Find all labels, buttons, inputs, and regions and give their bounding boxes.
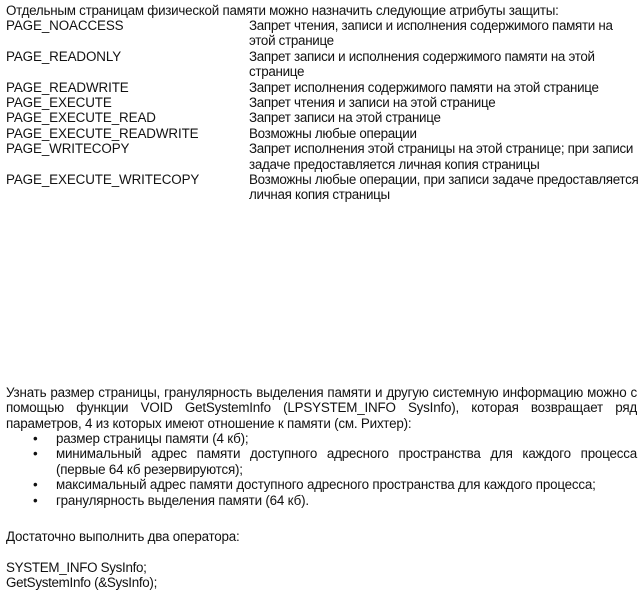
attribute-description: Запрет исполнения содержимого памяти на … bbox=[249, 80, 640, 95]
attribute-row: PAGE_READWRITE Запрет исполнения содержи… bbox=[6, 80, 640, 95]
memory-parameters-list: • размер страницы памяти (4 кб); • миним… bbox=[6, 431, 637, 508]
attribute-name: PAGE_EXECUTE_READ bbox=[6, 110, 249, 125]
list-item-text: размер страницы памяти (4 кб); bbox=[56, 431, 248, 446]
list-item: • гранулярность выделения памяти (64 кб)… bbox=[6, 493, 637, 508]
attribute-row: PAGE_EXECUTE Запрет чтения и записи на э… bbox=[6, 95, 640, 110]
attribute-row: PAGE_EXECUTE_WRITECOPY Возможны любые оп… bbox=[6, 172, 640, 203]
protection-attributes-table: PAGE_NOACCESS Запрет чтения, записи и ис… bbox=[6, 18, 640, 203]
attribute-row: PAGE_EXECUTE_READWRITE Возможны любые оп… bbox=[6, 126, 640, 141]
attribute-name: PAGE_EXECUTE_READWRITE bbox=[6, 126, 249, 141]
attribute-name: PAGE_EXECUTE bbox=[6, 95, 249, 110]
code-line: GetSystemInfo (&SysInfo); bbox=[6, 575, 157, 590]
attribute-row: PAGE_READONLY Запрет записи и исполнения… bbox=[6, 49, 640, 80]
attribute-name: PAGE_READWRITE bbox=[6, 80, 249, 95]
attribute-description: Запрет чтения, записи и исполнения содер… bbox=[249, 18, 640, 49]
intro-text: Отдельным страницам физической памяти мо… bbox=[6, 3, 559, 18]
bullet-icon: • bbox=[33, 446, 38, 461]
list-item: • максимальный адрес памяти доступного а… bbox=[6, 477, 637, 492]
attribute-description: Запрет чтения и записи на этой странице bbox=[249, 95, 640, 110]
bullet-icon: • bbox=[33, 431, 38, 446]
list-item-text: гранулярность выделения памяти (64 кб). bbox=[56, 493, 309, 508]
attribute-name: PAGE_READONLY bbox=[6, 49, 249, 80]
closing-text: Достаточно выполнить два оператора: bbox=[6, 529, 240, 544]
attribute-name: PAGE_EXECUTE_WRITECOPY bbox=[6, 172, 249, 203]
list-item-text: максимальный адрес памяти доступного адр… bbox=[56, 477, 596, 492]
attribute-description: Возможны любые операции, при записи зада… bbox=[249, 172, 640, 203]
bullet-icon: • bbox=[33, 493, 38, 508]
attribute-description: Запрет записи и исполнения содержимого п… bbox=[249, 49, 640, 80]
list-item: • размер страницы памяти (4 кб); bbox=[6, 431, 637, 446]
attribute-description: Запрет записи на этой странице bbox=[249, 110, 640, 125]
code-line: SYSTEM_INFO SysInfo; bbox=[6, 560, 157, 575]
attribute-description: Запрет исполнения этой страницы на этой … bbox=[249, 141, 640, 172]
getsysteminfo-paragraph: Узнать размер страницы, гранулярность вы… bbox=[6, 385, 637, 431]
attribute-name: PAGE_WRITECOPY bbox=[6, 141, 249, 172]
attribute-name: PAGE_NOACCESS bbox=[6, 18, 249, 49]
attribute-description: Возможны любые операции bbox=[249, 126, 640, 141]
attribute-row: PAGE_WRITECOPY Запрет исполнения этой ст… bbox=[6, 141, 640, 172]
bullet-icon: • bbox=[33, 477, 38, 492]
list-item: • минимальный адрес памяти доступного ад… bbox=[6, 446, 637, 477]
code-snippet: SYSTEM_INFO SysInfo; GetSystemInfo (&Sys… bbox=[6, 560, 157, 591]
attribute-row: PAGE_EXECUTE_READ Запрет записи на этой … bbox=[6, 110, 640, 125]
attribute-row: PAGE_NOACCESS Запрет чтения, записи и ис… bbox=[6, 18, 640, 49]
list-item-text: минимальный адрес памяти доступного адре… bbox=[56, 446, 637, 476]
